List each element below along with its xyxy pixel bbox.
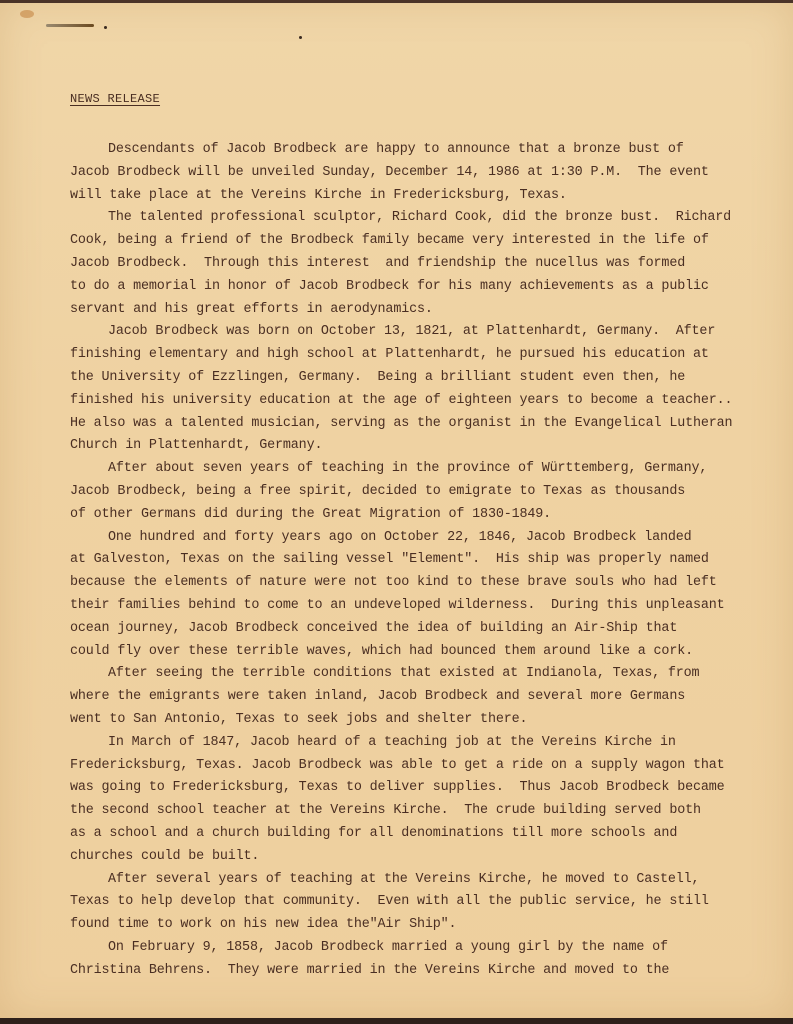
text-line: ocean journey, Jacob Brodbeck conceived … (70, 618, 750, 641)
paragraph-list: Descendants of Jacob Brodbeck are happy … (70, 139, 750, 982)
paragraph: The talented professional sculptor, Rich… (70, 207, 750, 321)
text-line: One hundred and forty years ago on Octob… (70, 527, 750, 550)
paragraph: Jacob Brodbeck was born on October 13, 1… (70, 321, 750, 458)
text-line: Jacob Brodbeck. Through this interest an… (70, 253, 750, 276)
staple-icon (46, 24, 94, 27)
paragraph: In March of 1847, Jacob heard of a teach… (70, 732, 750, 869)
text-line: The talented professional sculptor, Rich… (70, 207, 750, 230)
text-line: He also was a talented musician, serving… (70, 413, 750, 436)
text-line: After about seven years of teaching in t… (70, 458, 750, 481)
paragraph: One hundred and forty years ago on Octob… (70, 527, 750, 664)
paragraph: Descendants of Jacob Brodbeck are happy … (70, 139, 750, 207)
text-line: their families behind to come to an unde… (70, 595, 750, 618)
text-line: finishing elementary and high school at … (70, 344, 750, 367)
text-line: was going to Fredericksburg, Texas to de… (70, 777, 750, 800)
paragraph: After several years of teaching at the V… (70, 869, 750, 937)
document-page: NEWS RELEASE Descendants of Jacob Brodbe… (0, 0, 793, 1018)
page-top-edge (0, 0, 793, 3)
text-line: could fly over these terrible waves, whi… (70, 641, 750, 664)
news-release-heading: NEWS RELEASE (70, 92, 160, 106)
text-line: Cook, being a friend of the Brodbeck fam… (70, 230, 750, 253)
paragraph: After seeing the terrible conditions tha… (70, 663, 750, 731)
text-line: at Galveston, Texas on the sailing vesse… (70, 549, 750, 572)
speck (299, 36, 302, 39)
text-line: On February 9, 1858, Jacob Brodbeck marr… (70, 937, 750, 960)
document-body: NEWS RELEASE Descendants of Jacob Brodbe… (70, 92, 750, 982)
text-line: Jacob Brodbeck, being a free spirit, dec… (70, 481, 750, 504)
text-line: as a school and a church building for al… (70, 823, 750, 846)
speck (104, 26, 107, 29)
text-line: Texas to help develop that community. Ev… (70, 891, 750, 914)
text-line: In March of 1847, Jacob heard of a teach… (70, 732, 750, 755)
paragraph: After about seven years of teaching in t… (70, 458, 750, 526)
text-line: where the emigrants were taken inland, J… (70, 686, 750, 709)
text-line: Descendants of Jacob Brodbeck are happy … (70, 139, 750, 162)
text-line: went to San Antonio, Texas to seek jobs … (70, 709, 750, 732)
text-line: finished his university education at the… (70, 390, 750, 413)
text-line: because the elements of nature were not … (70, 572, 750, 595)
text-line: churches could be built. (70, 846, 750, 869)
text-line: Jacob Brodbeck was born on October 13, 1… (70, 321, 750, 344)
text-line: found time to work on his new idea the"A… (70, 914, 750, 937)
text-line: to do a memorial in honor of Jacob Brodb… (70, 276, 750, 299)
stain-mark (20, 10, 34, 18)
text-line: the second school teacher at the Vereins… (70, 800, 750, 823)
text-line: After seeing the terrible conditions tha… (70, 663, 750, 686)
text-line: servant and his great efforts in aerodyn… (70, 299, 750, 322)
paragraph: On February 9, 1858, Jacob Brodbeck marr… (70, 937, 750, 983)
text-line: Church in Plattenhardt, Germany. (70, 435, 750, 458)
text-line: of other Germans did during the Great Mi… (70, 504, 750, 527)
text-line: will take place at the Vereins Kirche in… (70, 185, 750, 208)
text-line: After several years of teaching at the V… (70, 869, 750, 892)
text-line: Fredericksburg, Texas. Jacob Brodbeck wa… (70, 755, 750, 778)
text-line: Christina Behrens. They were married in … (70, 960, 750, 983)
text-line: the University of Ezzlingen, Germany. Be… (70, 367, 750, 390)
page-bottom-edge (0, 1018, 793, 1024)
text-line: Jacob Brodbeck will be unveiled Sunday, … (70, 162, 750, 185)
